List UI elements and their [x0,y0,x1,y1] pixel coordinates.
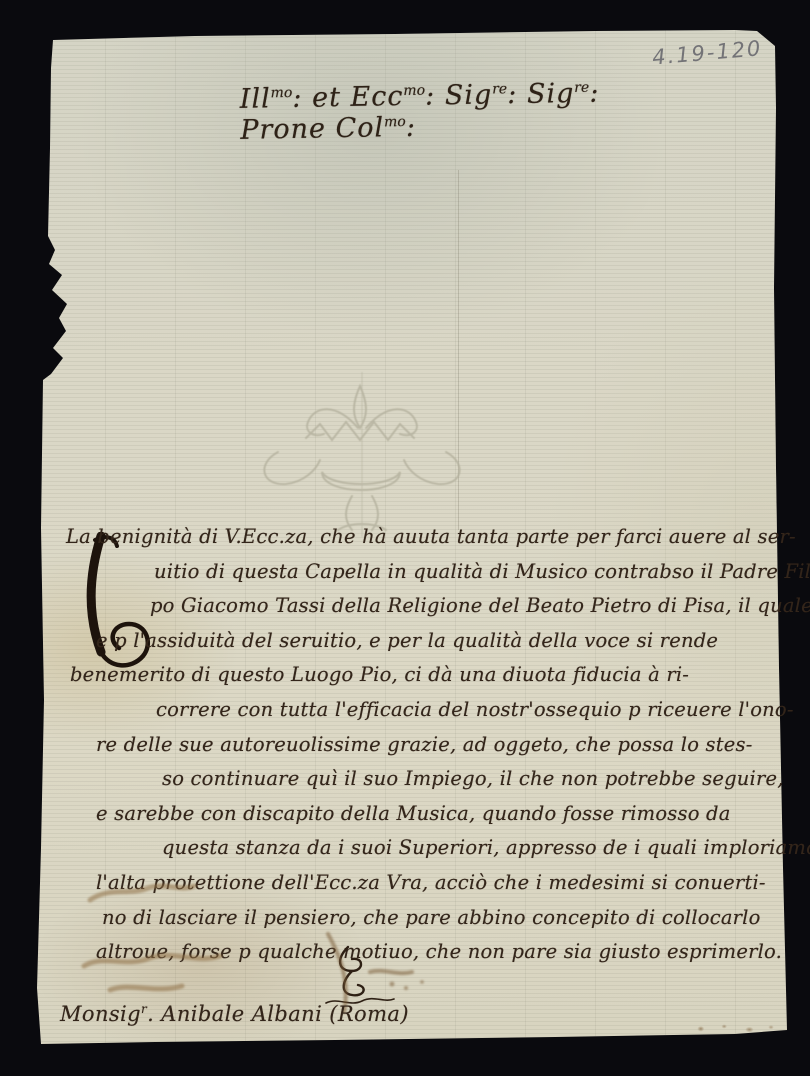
text-run: Sig [527,78,575,110]
superscript: re [574,80,589,96]
salutation-line: Illmo: et Eccmo: Sigre: Sigre: Prone Col… [239,76,680,146]
fleur-de-lis-watermark [240,372,480,537]
body-line: benemerito di questo Luogo Pio, ci dà un… [70,658,780,693]
body-line: po Giacomo Tassi della Religione del Bea… [150,589,780,624]
text-run: . Anibale Albani (Roma) [147,1002,409,1026]
text-run: : et [292,82,351,114]
text-run: Sig [445,79,493,111]
superscript: mo [270,85,292,101]
superscript: mo [403,83,425,99]
show-through-smudge [70,870,250,1020]
text-run: : [589,78,600,109]
body-line: so continuare quì il suo Impiego, il che… [162,762,780,797]
text-run: : [507,79,527,110]
body-line: re delle sue autoreuolissime grazie, ad … [96,728,780,763]
superscript: mo [384,114,406,130]
body-line: uitio di questa Capella in qualità di Mu… [154,555,780,590]
body-line: e sarebbe con discapito della Musica, qu… [96,797,780,832]
body-line: La benignità di V.Ecc.za, che hà auuta t… [66,520,780,555]
text-run: Prone Col [240,112,384,146]
body-line: correre con tutta l'efficacia del nostr'… [156,693,780,728]
text-run: Monsig [60,1002,141,1026]
text-run: Ill [239,83,270,115]
text-run: : [406,112,417,143]
text-run: : [425,80,445,111]
text-run: Ecc [350,81,403,113]
body-line: e p l'assiduità del seruitio, e per la q… [96,624,780,659]
foxing-stain [690,1020,780,1036]
superscript: re [492,81,507,97]
body-line: questa stanza da i suoi Superiori, appre… [162,831,780,866]
address-line: Monsigr. Anibale Albani (Roma) [60,1002,409,1026]
photo-background: 4.19-120 Illmo: et Eccmo: Sigre: Sigre: … [0,0,810,1076]
